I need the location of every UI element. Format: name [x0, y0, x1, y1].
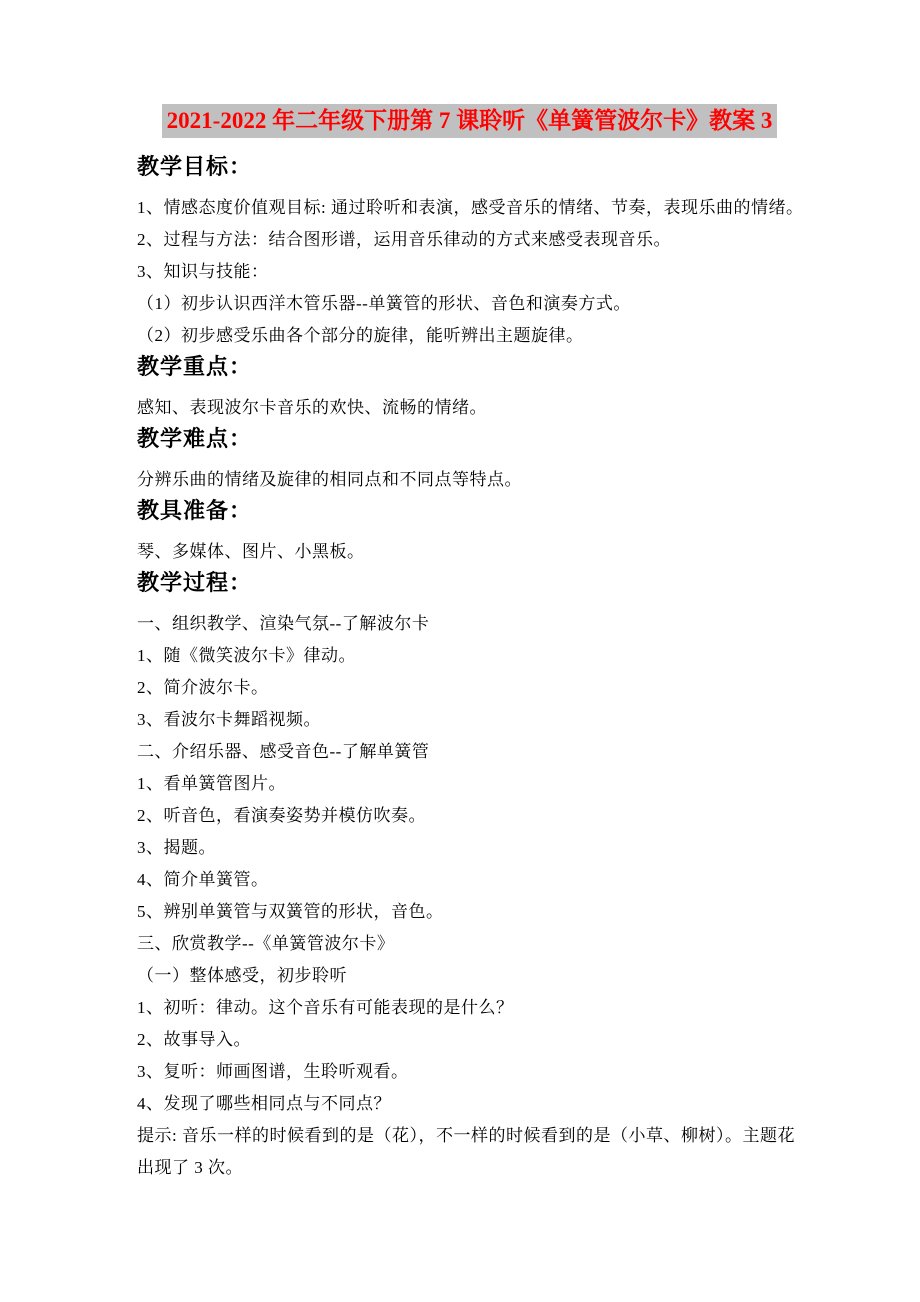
document-line: 5、辨别单簧管与双簧管的形状，音色。 — [137, 896, 802, 928]
document-line: 3、揭题。 — [137, 832, 802, 864]
document-line: 出现了 3 次。 — [137, 1152, 802, 1184]
document-line: 3、知识与技能： — [137, 256, 802, 288]
document-line: 2、故事导入。 — [137, 1024, 802, 1056]
section-heading: 教学目标： — [137, 152, 802, 182]
document-line: 2、过程与方法：结合图形谱，运用音乐律动的方式来感受表现音乐。 — [137, 224, 802, 256]
document-line: （1）初步认识西洋木管乐器--单簧管的形状、音色和演奏方式。 — [137, 288, 802, 320]
document-line: 二、介绍乐器、感受音色--了解单簧管 — [137, 736, 802, 768]
page: 2021-2022 年二年级下册第 7 课聆听《单簧管波尔卡》教案 3 教学目标… — [0, 0, 920, 1302]
document-line: 1、随《微笑波尔卡》律动。 — [137, 640, 802, 672]
title-row: 2021-2022 年二年级下册第 7 课聆听《单簧管波尔卡》教案 3 — [137, 104, 802, 138]
document-body: 教学目标：1、情感态度价值观目标: 通过聆听和表演，感受音乐的情绪、节奏，表现乐… — [137, 152, 802, 1184]
document-line: 一、组织教学、渲染气氛--了解波尔卡 — [137, 608, 802, 640]
page-title: 2021-2022 年二年级下册第 7 课聆听《单簧管波尔卡》教案 3 — [162, 104, 778, 138]
document-line: 4、简介单簧管。 — [137, 864, 802, 896]
document-line: 1、情感态度价值观目标: 通过聆听和表演，感受音乐的情绪、节奏，表现乐曲的情绪。 — [137, 192, 802, 224]
section-heading: 教学过程： — [137, 568, 802, 598]
document-line: 1、初听：律动。这个音乐有可能表现的是什么？ — [137, 992, 802, 1024]
section-heading: 教学难点： — [137, 424, 802, 454]
document-line: 琴、多媒体、图片、小黑板。 — [137, 536, 802, 568]
document-line: 三、欣赏教学--《单簧管波尔卡》 — [137, 928, 802, 960]
document-line: 3、看波尔卡舞蹈视频。 — [137, 704, 802, 736]
document-line: 1、看单簧管图片。 — [137, 768, 802, 800]
section-heading: 教学重点： — [137, 352, 802, 382]
document-line: 2、简介波尔卡。 — [137, 672, 802, 704]
document-line: 提示: 音乐一样的时候看到的是（花），不一样的时候看到的是（小草、柳树）。主题花 — [137, 1120, 802, 1152]
document-line: 4、发现了哪些相同点与不同点？ — [137, 1088, 802, 1120]
document-line: （一）整体感受，初步聆听 — [137, 960, 802, 992]
document-line: 分辨乐曲的情绪及旋律的相同点和不同点等特点。 — [137, 464, 802, 496]
document-line: （2）初步感受乐曲各个部分的旋律，能听辨出主题旋律。 — [137, 320, 802, 352]
document-line: 3、复听：师画图谱，生聆听观看。 — [137, 1056, 802, 1088]
document-line: 感知、表现波尔卡音乐的欢快、流畅的情绪。 — [137, 392, 802, 424]
document-line: 2、听音色，看演奏姿势并模仿吹奏。 — [137, 800, 802, 832]
section-heading: 教具准备： — [137, 496, 802, 526]
